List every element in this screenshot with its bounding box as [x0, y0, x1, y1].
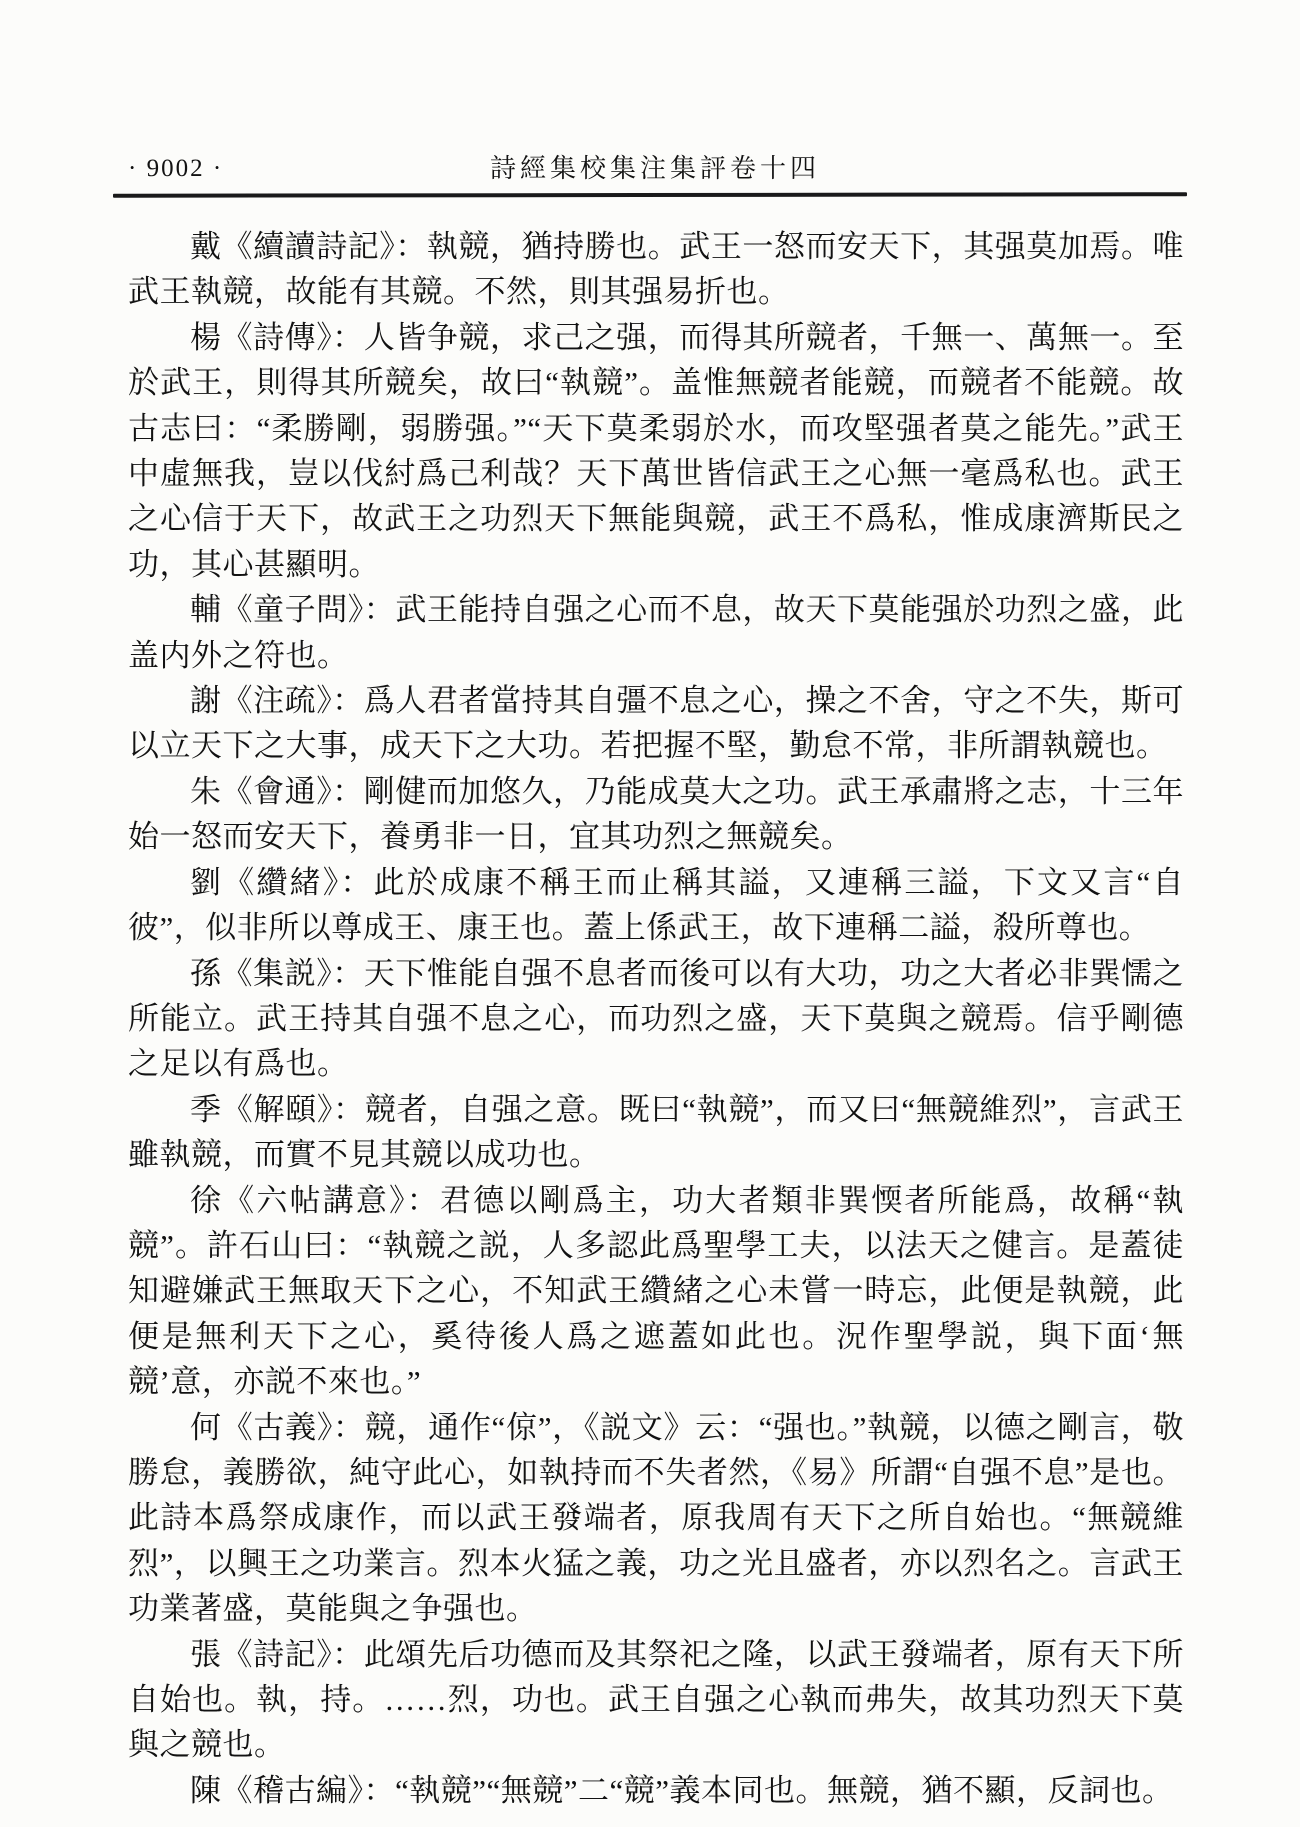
commentary-paragraph-xu: 徐《六帖講意》：君德以剛爲主，功大者類非巽愞者所能爲，故稱“執競”。許石山曰：“… — [128, 1178, 1184, 1405]
commentary-paragraph-fu: 輔《童子問》：武王能持自强之心而不息，故天下莫能强於功烈之盛，此盖内外之符也。 — [128, 587, 1184, 678]
commentary-paragraph-zhu: 朱《會通》：剛健而加悠久，乃能成莫大之功。武王承肅將之志，十三年始一怒而安天下，… — [128, 769, 1184, 860]
commentary-paragraph-dai: 戴《續讀詩記》：執競，猶持勝也。武王一怒而安天下，其强莫加焉。唯武王執競，故能有… — [128, 224, 1184, 315]
commentary-paragraph-zhang: 張《詩記》：此頌先后功德而及其祭祀之隆，以武王發端者，原有天下所自始也。執，持。… — [128, 1632, 1184, 1768]
commentary-paragraph-liu: 劉《纘緒》：此於成康不稱王而止稱其謚，又連稱三謚，下文又言“自彼”，似非所以尊成… — [128, 860, 1184, 951]
scanned-book-page: · 9002 · 詩經集校集注集評卷十四 戴《續讀詩記》：執競，猶持勝也。武王一… — [0, 0, 1300, 1827]
running-title: 詩經集校集注集評卷十四 — [128, 150, 1182, 188]
page-header: · 9002 · 詩經集校集注集評卷十四 — [128, 150, 1182, 188]
commentary-paragraph-yang: 楊《詩傳》：人皆争競，求己之强，而得其所競者，千無一、萬無一。至於武王，則得其所… — [128, 315, 1184, 587]
commentary-paragraph-xie: 謝《注疏》：爲人君者當持其自彊不息之心，操之不舍，守之不失，斯可以立天下之大事，… — [128, 678, 1184, 769]
commentary-paragraph-sun: 孫《集説》：天下惟能自强不息者而後可以有大功，功之大者必非巽懦之所能立。武王持其… — [128, 951, 1184, 1087]
commentary-paragraph-ji: 季《解頤》：競者，自强之意。既曰“執競”，而又曰“無競維烈”，言武王雖執競，而實… — [128, 1087, 1184, 1178]
header-rule-divider — [113, 192, 1187, 197]
commentary-paragraph-he: 何《古義》：競，通作“倞”，《説文》云：“强也。”執競，以德之剛言，敬勝怠，義勝… — [128, 1405, 1184, 1632]
commentary-paragraph-chen: 陳《稽古編》：“執競”“無競”二“競”義本同也。無競，猶不顯，反詞也。 — [128, 1768, 1184, 1813]
commentary-body: 戴《續讀詩記》：執競，猶持勝也。武王一怒而安天下，其强莫加焉。唯武王執競，故能有… — [128, 224, 1184, 1813]
